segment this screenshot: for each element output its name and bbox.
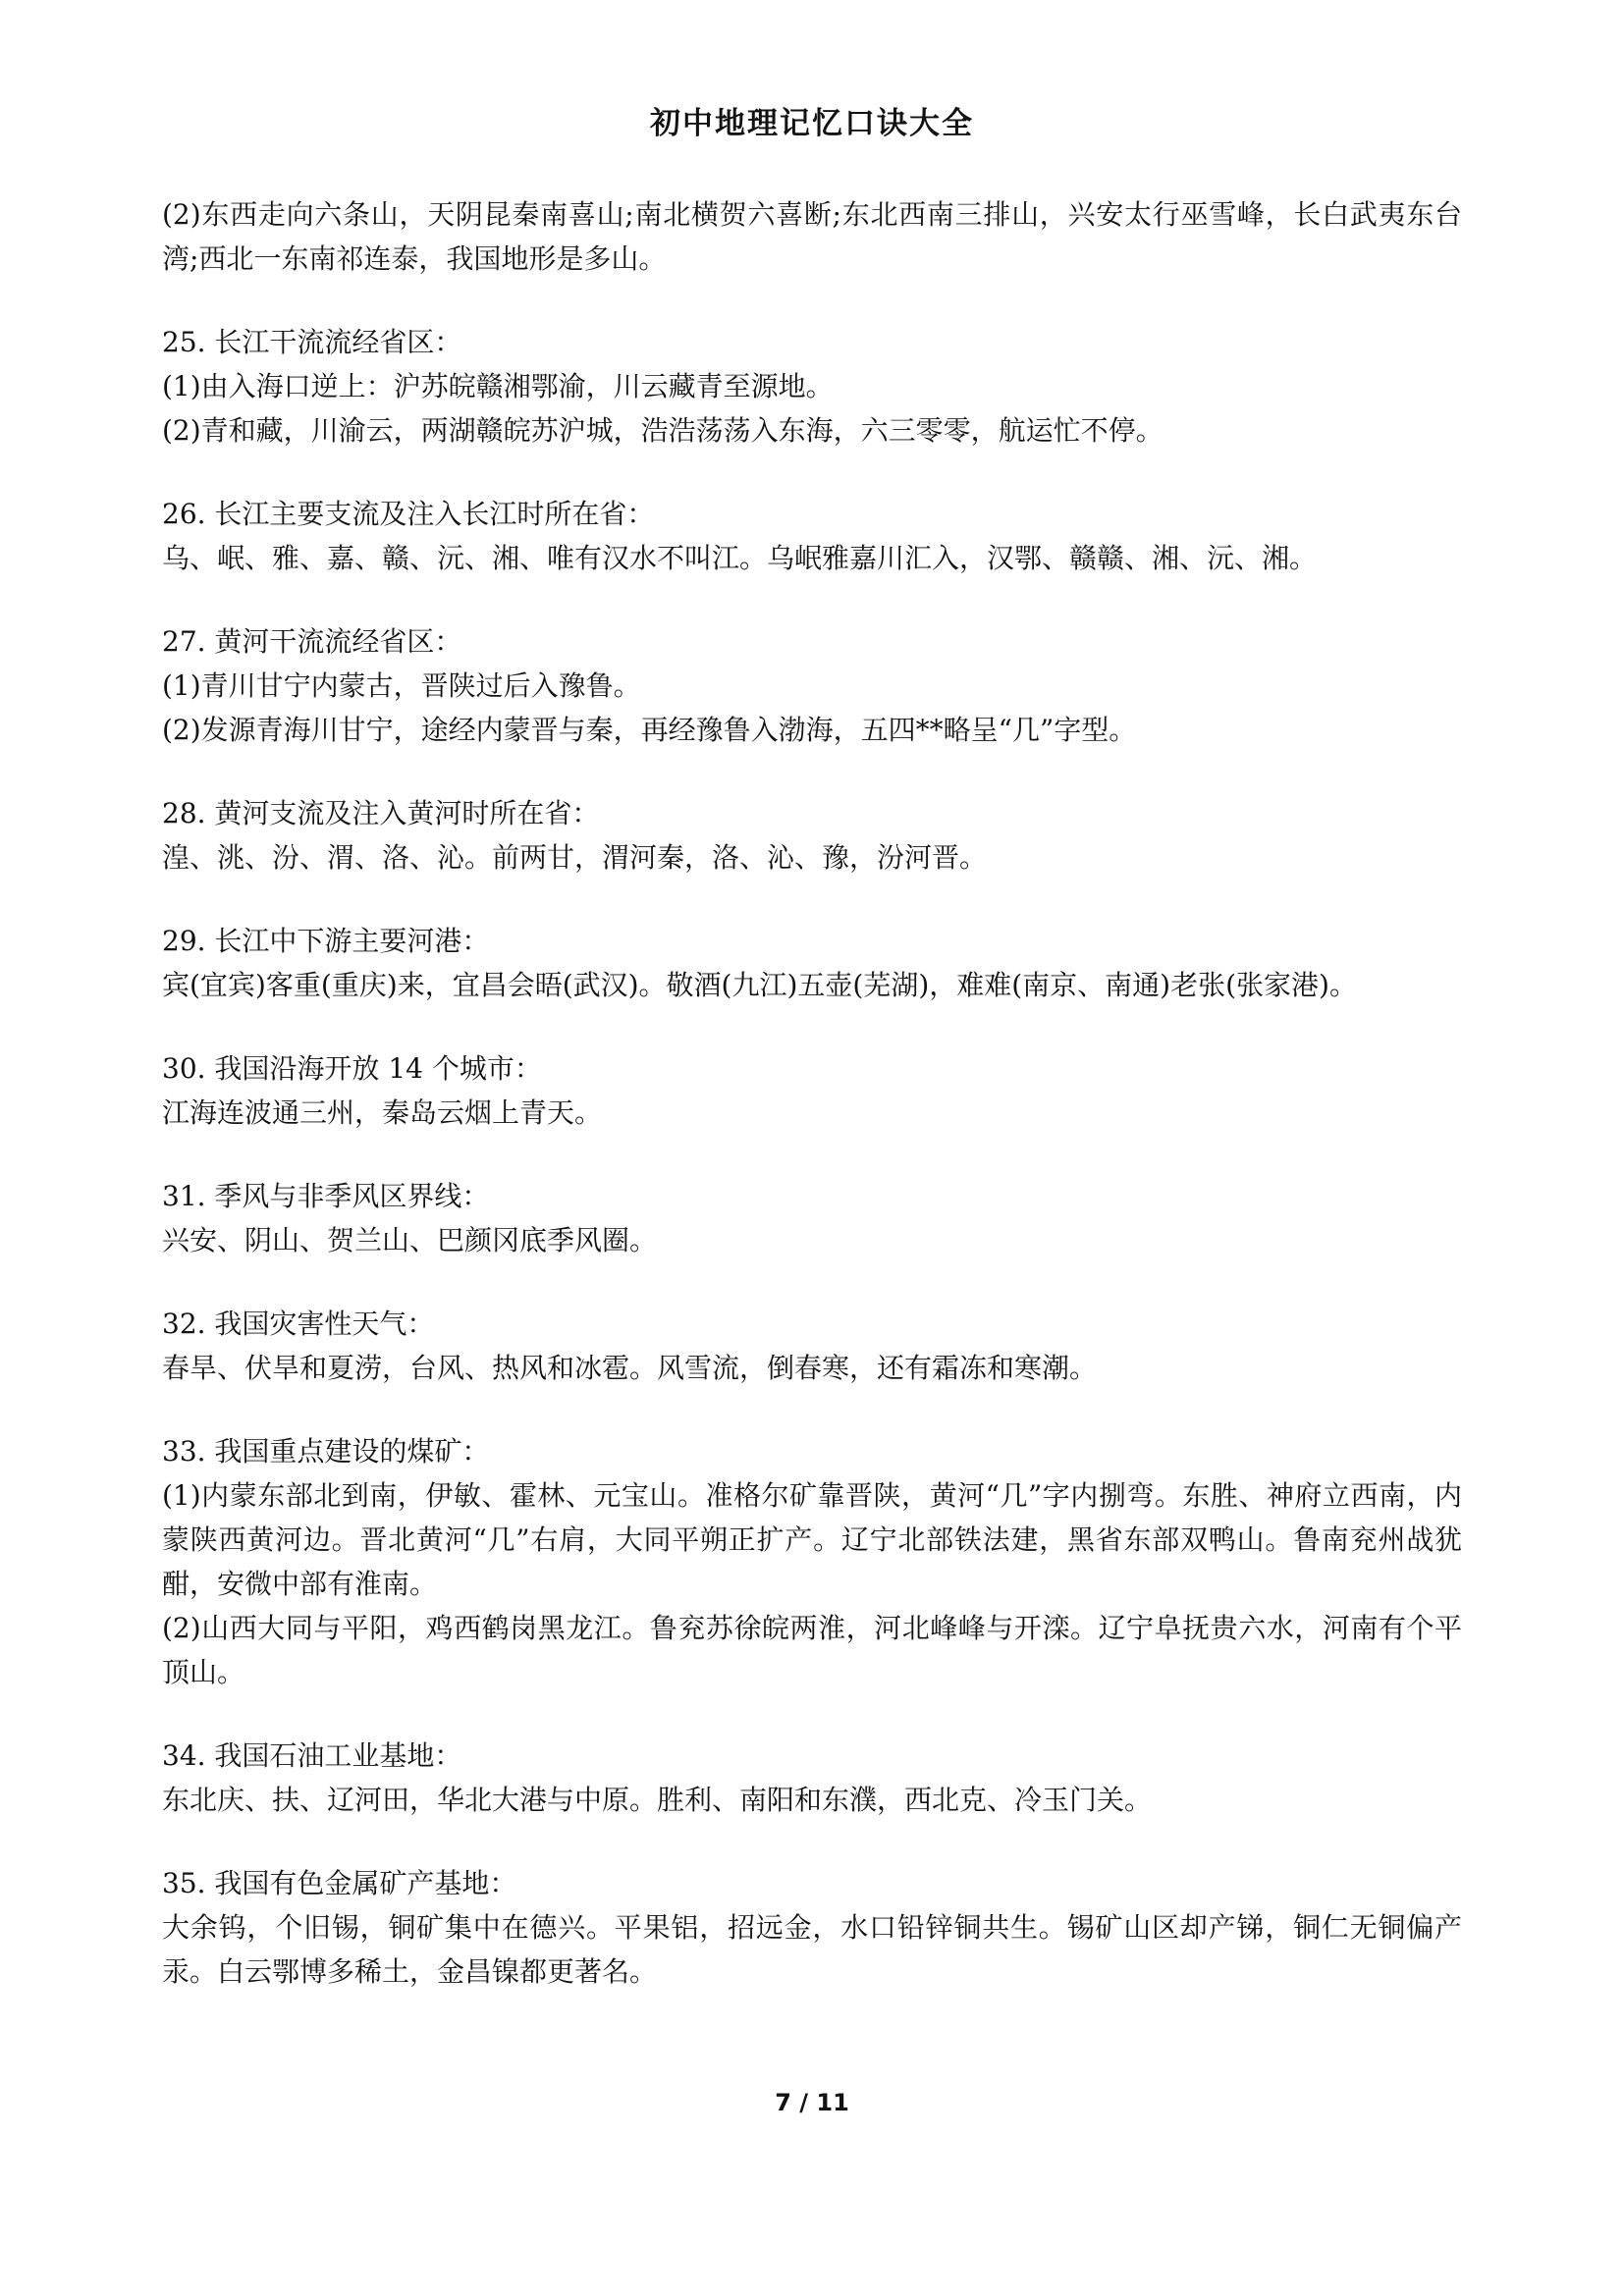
paragraph-line: 东北庆、扶、辽河田，华北大港与中原。胜利、南阳和东濮，西北克、冷玉门关。 bbox=[162, 1778, 1462, 1822]
paragraph-line: (2)青和藏，川渝云，两湖赣皖苏沪城，浩浩荡荡入东海，六三零零，航运忙不停。 bbox=[162, 408, 1462, 453]
section-35: 35. 我国有色金属矿产基地： 大余钨，个旧锡，铜矿集中在德兴。平果铝，招远金，… bbox=[162, 1861, 1462, 1994]
page-title: 初中地理记忆口诀大全 bbox=[0, 98, 1624, 142]
document-page: 初中地理记忆口诀大全 (2)东西走向六条山，天阴昆秦南喜山;南北横贺六喜断;东北… bbox=[0, 0, 1624, 2296]
paragraph-line: 江海连波通三州，秦岛云烟上青天。 bbox=[162, 1091, 1462, 1135]
section-heading: 25. 长江干流流经省区： bbox=[162, 320, 1462, 364]
section-27: 27. 黄河干流流经省区： (1)青川甘宁内蒙古，晋陕过后入豫鲁。 (2)发源青… bbox=[162, 619, 1462, 752]
page-footer: 7 / 11 bbox=[0, 2089, 1624, 2116]
section-28: 28. 黄河支流及注入黄河时所在省： 湟、洮、汾、渭、洛、沁。前两甘，渭河秦，洛… bbox=[162, 791, 1462, 880]
section-heading: 26. 长江主要支流及注入长江时所在省： bbox=[162, 492, 1462, 536]
paragraph-line: (1)内蒙东部北到南，伊敏、霍林、元宝山。准格尔矿靠晋陕，黄河“几”字内捌弯。东… bbox=[162, 1473, 1462, 1606]
section-heading: 31. 季风与非季风区界线： bbox=[162, 1174, 1462, 1218]
section-33: 33. 我国重点建设的煤矿： (1)内蒙东部北到南，伊敏、霍林、元宝山。准格尔矿… bbox=[162, 1429, 1462, 1694]
paragraph-line: (1)由入海口逆上：沪苏皖赣湘鄂渝，川云藏青至源地。 bbox=[162, 364, 1462, 408]
paragraph-line: (2)东西走向六条山，天阴昆秦南喜山;南北横贺六喜断;东北西南三排山，兴安太行巫… bbox=[162, 192, 1462, 281]
paragraph-line: 宾(宜宾)客重(重庆)来，宜昌会晤(武汉)。敬酒(九江)五壶(芜湖)，难难(南京… bbox=[162, 963, 1462, 1007]
section-heading: 32. 我国灾害性天气： bbox=[162, 1302, 1462, 1346]
section-25: 25. 长江干流流经省区： (1)由入海口逆上：沪苏皖赣湘鄂渝，川云藏青至源地。… bbox=[162, 320, 1462, 453]
section-intro-continuation: (2)东西走向六条山，天阴昆秦南喜山;南北横贺六喜断;东北西南三排山，兴安太行巫… bbox=[162, 192, 1462, 281]
section-heading: 34. 我国石油工业基地： bbox=[162, 1734, 1462, 1778]
section-heading: 29. 长江中下游主要河港： bbox=[162, 919, 1462, 963]
page-number: 7 / 11 bbox=[775, 2089, 849, 2116]
section-heading: 30. 我国沿海开放 14 个城市： bbox=[162, 1046, 1462, 1091]
section-29: 29. 长江中下游主要河港： 宾(宜宾)客重(重庆)来，宜昌会晤(武汉)。敬酒(… bbox=[162, 919, 1462, 1007]
section-30: 30. 我国沿海开放 14 个城市： 江海连波通三州，秦岛云烟上青天。 bbox=[162, 1046, 1462, 1135]
paragraph-line: (2)发源青海川甘宁，途经内蒙晋与秦，再经豫鲁入渤海，五四**略呈“几”字型。 bbox=[162, 708, 1462, 752]
paragraph-line: 乌、岷、雅、嘉、赣、沅、湘、唯有汉水不叫江。乌岷雅嘉川汇入，汉鄂、赣赣、湘、沅、… bbox=[162, 536, 1462, 580]
paragraph-line: 湟、洮、汾、渭、洛、沁。前两甘，渭河秦，洛、沁、豫，汾河晋。 bbox=[162, 835, 1462, 880]
paragraph-line: (2)山西大同与平阳，鸡西鹤岗黑龙江。鲁兖苏徐皖两淮，河北峰峰与开滦。辽宁阜抚贵… bbox=[162, 1606, 1462, 1694]
section-heading: 33. 我国重点建设的煤矿： bbox=[162, 1429, 1462, 1473]
document-content: (2)东西走向六条山，天阴昆秦南喜山;南北横贺六喜断;东北西南三排山，兴安太行巫… bbox=[162, 192, 1462, 2033]
paragraph-line: (1)青川甘宁内蒙古，晋陕过后入豫鲁。 bbox=[162, 664, 1462, 708]
section-34: 34. 我国石油工业基地： 东北庆、扶、辽河田，华北大港与中原。胜利、南阳和东濮… bbox=[162, 1734, 1462, 1822]
section-31: 31. 季风与非季风区界线： 兴安、阴山、贺兰山、巴颜冈底季风圈。 bbox=[162, 1174, 1462, 1262]
section-heading: 35. 我国有色金属矿产基地： bbox=[162, 1861, 1462, 1905]
paragraph-line: 兴安、阴山、贺兰山、巴颜冈底季风圈。 bbox=[162, 1218, 1462, 1262]
paragraph-line: 春旱、伏旱和夏涝，台风、热风和冰雹。风雪流，倒春寒，还有霜冻和寒潮。 bbox=[162, 1346, 1462, 1390]
paragraph-line: 大余钨，个旧锡，铜矿集中在德兴。平果铝，招远金，水口铅锌铜共生。锡矿山区却产锑，… bbox=[162, 1905, 1462, 1994]
section-heading: 27. 黄河干流流经省区： bbox=[162, 619, 1462, 664]
section-32: 32. 我国灾害性天气： 春旱、伏旱和夏涝，台风、热风和冰雹。风雪流，倒春寒，还… bbox=[162, 1302, 1462, 1390]
section-26: 26. 长江主要支流及注入长江时所在省： 乌、岷、雅、嘉、赣、沅、湘、唯有汉水不… bbox=[162, 492, 1462, 580]
section-heading: 28. 黄河支流及注入黄河时所在省： bbox=[162, 791, 1462, 835]
